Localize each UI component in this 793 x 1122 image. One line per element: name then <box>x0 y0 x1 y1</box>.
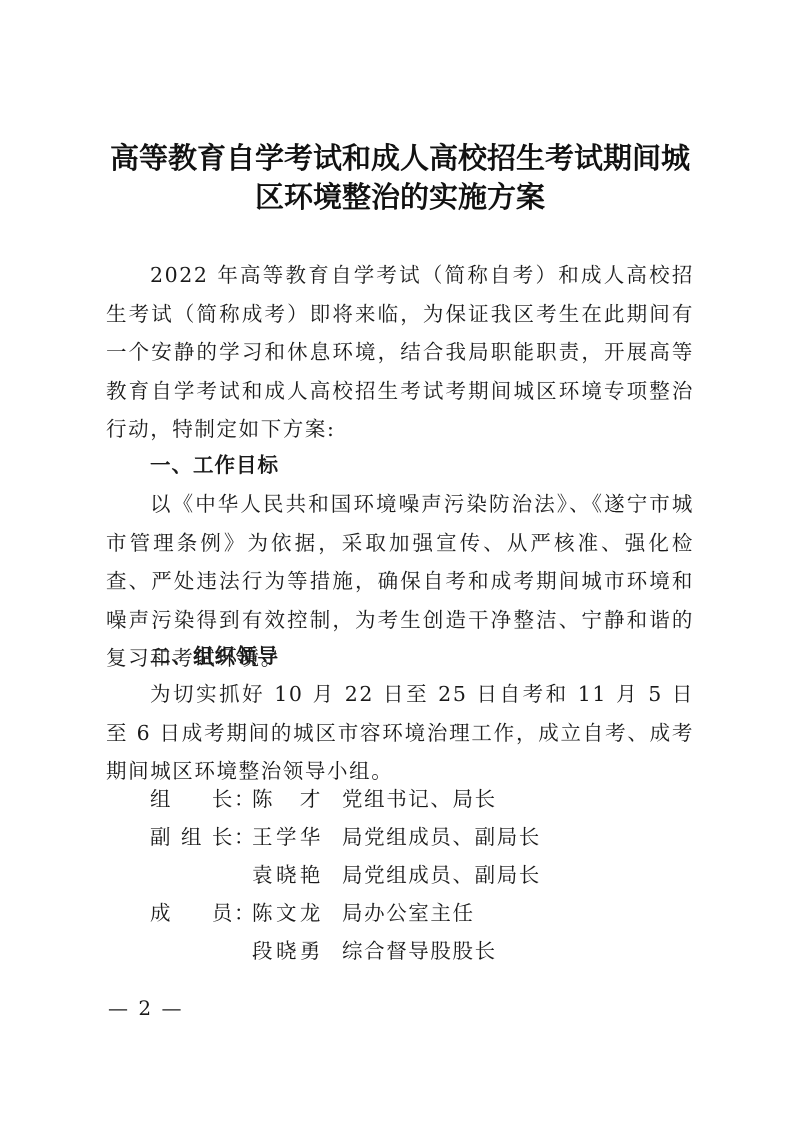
member-row: 成员：陈文龙局办公室主任 <box>150 894 475 932</box>
member-row: 袁晓艳局党组成员、副局长 <box>150 856 541 894</box>
page-number: — 2 — <box>108 996 183 1020</box>
section-2-heading: 二、组织领导 <box>150 637 279 675</box>
member-name: 袁晓艳 <box>252 856 322 894</box>
member-role: 成员 <box>150 894 234 932</box>
intro-paragraph: 2022 年高等教育自学考试（简称自考）和成人高校招生考试（简称成考）即将来临，… <box>106 256 694 449</box>
section-1-heading: 一、工作目标 <box>150 446 279 484</box>
member-duty: 局办公室主任 <box>342 894 475 932</box>
member-colon: ： <box>234 894 250 932</box>
member-colon: ： <box>234 818 250 856</box>
member-row: 段晓勇综合督导股股长 <box>150 932 497 970</box>
member-name: 陈才 <box>252 780 322 818</box>
member-duty: 局党组成员、副局长 <box>342 818 541 856</box>
member-duty: 局党组成员、副局长 <box>342 856 541 894</box>
member-name: 王学华 <box>252 818 322 856</box>
member-name: 陈文龙 <box>252 894 322 932</box>
member-duty: 党组书记、局长 <box>342 780 497 818</box>
member-colon: ： <box>234 780 250 818</box>
member-role: 副组长 <box>150 818 234 856</box>
member-row: 组长：陈才党组书记、局长 <box>150 780 497 818</box>
member-duty: 综合督导股股长 <box>342 932 497 970</box>
member-row: 副组长：王学华局党组成员、副局长 <box>150 818 541 856</box>
section-2-body: 为切实抓好 10 月 22 日至 25 日自考和 11 月 5 日至 6 日成考… <box>106 675 694 791</box>
document-title-line-1: 高等教育自学考试和成人高校招生考试期间城 <box>100 139 700 177</box>
document-title-line-2: 区环境整治的实施方案 <box>100 178 700 216</box>
member-role: 组长 <box>150 780 234 818</box>
member-name: 段晓勇 <box>252 932 322 970</box>
